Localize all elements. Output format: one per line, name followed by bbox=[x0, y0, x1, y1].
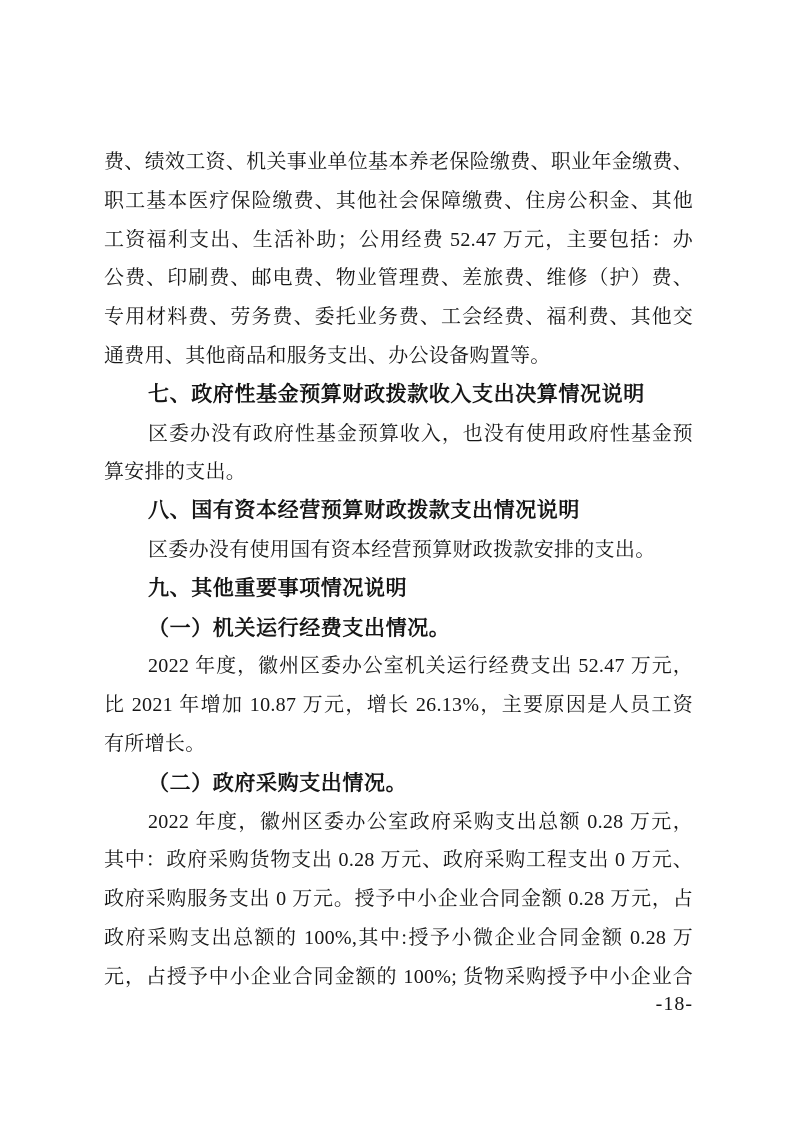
page-number: -18- bbox=[656, 992, 693, 1016]
document-page: 费、绩效工资、机关事业单位基本养老保险缴费、职业年金缴费、 职工基本医疗保险缴费… bbox=[0, 0, 793, 1122]
body-line: 职工基本医疗保险缴费、其他社会保障缴费、住房公积金、其他 bbox=[104, 182, 693, 221]
body-line: 工资福利支出、生活补助；公用经费 52.47 万元，主要包括：办 bbox=[104, 221, 693, 260]
subsection-heading-1: （一）机关运行经费支出情况。 bbox=[104, 609, 693, 648]
body-line: 区委办没有政府性基金预算收入，也没有使用政府性基金预 bbox=[104, 415, 693, 454]
body-line: 专用材料费、劳务费、委托业务费、工会经费、福利费、其他交 bbox=[104, 298, 693, 337]
section-heading-9: 九、其他重要事项情况说明 bbox=[104, 570, 693, 609]
body-line: 2022 年度，徽州区委办公室政府采购支出总额 0.28 万元， bbox=[104, 803, 693, 842]
body-line: 政府采购服务支出 0 万元。授予中小企业合同金额 0.28 万元，占 bbox=[104, 880, 693, 919]
body-line: 费、绩效工资、机关事业单位基本养老保险缴费、职业年金缴费、 bbox=[104, 143, 693, 182]
body-line: 通费用、其他商品和服务支出、办公设备购置等。 bbox=[104, 337, 693, 376]
section-heading-8: 八、国有资本经营预算财政拨款支出情况说明 bbox=[104, 492, 693, 531]
body-line: 比 2021 年增加 10.87 万元，增长 26.13%，主要原因是人员工资 bbox=[104, 686, 693, 725]
body-line: 元，占授予中小企业合同金额的 100%; 货物采购授予中小企业合 bbox=[104, 958, 693, 997]
text-block: 费、绩效工资、机关事业单位基本养老保险缴费、职业年金缴费、 职工基本医疗保险缴费… bbox=[104, 143, 693, 997]
body-line: 公费、印刷费、邮电费、物业管理费、差旅费、维修（护）费、 bbox=[104, 259, 693, 298]
body-line: 区委办没有使用国有资本经营预算财政拨款安排的支出。 bbox=[104, 531, 693, 570]
body-line: 2022 年度，徽州区委办公室机关运行经费支出 52.47 万元， bbox=[104, 647, 693, 686]
body-line: 有所增长。 bbox=[104, 725, 693, 764]
subsection-heading-2: （二）政府采购支出情况。 bbox=[104, 764, 693, 803]
body-line: 算安排的支出。 bbox=[104, 453, 693, 492]
body-line: 政府采购支出总额的 100%,其中:授予小微企业合同金额 0.28 万 bbox=[104, 919, 693, 958]
body-line: 其中：政府采购货物支出 0.28 万元、政府采购工程支出 0 万元、 bbox=[104, 841, 693, 880]
section-heading-7: 七、政府性基金预算财政拨款收入支出决算情况说明 bbox=[104, 376, 693, 415]
